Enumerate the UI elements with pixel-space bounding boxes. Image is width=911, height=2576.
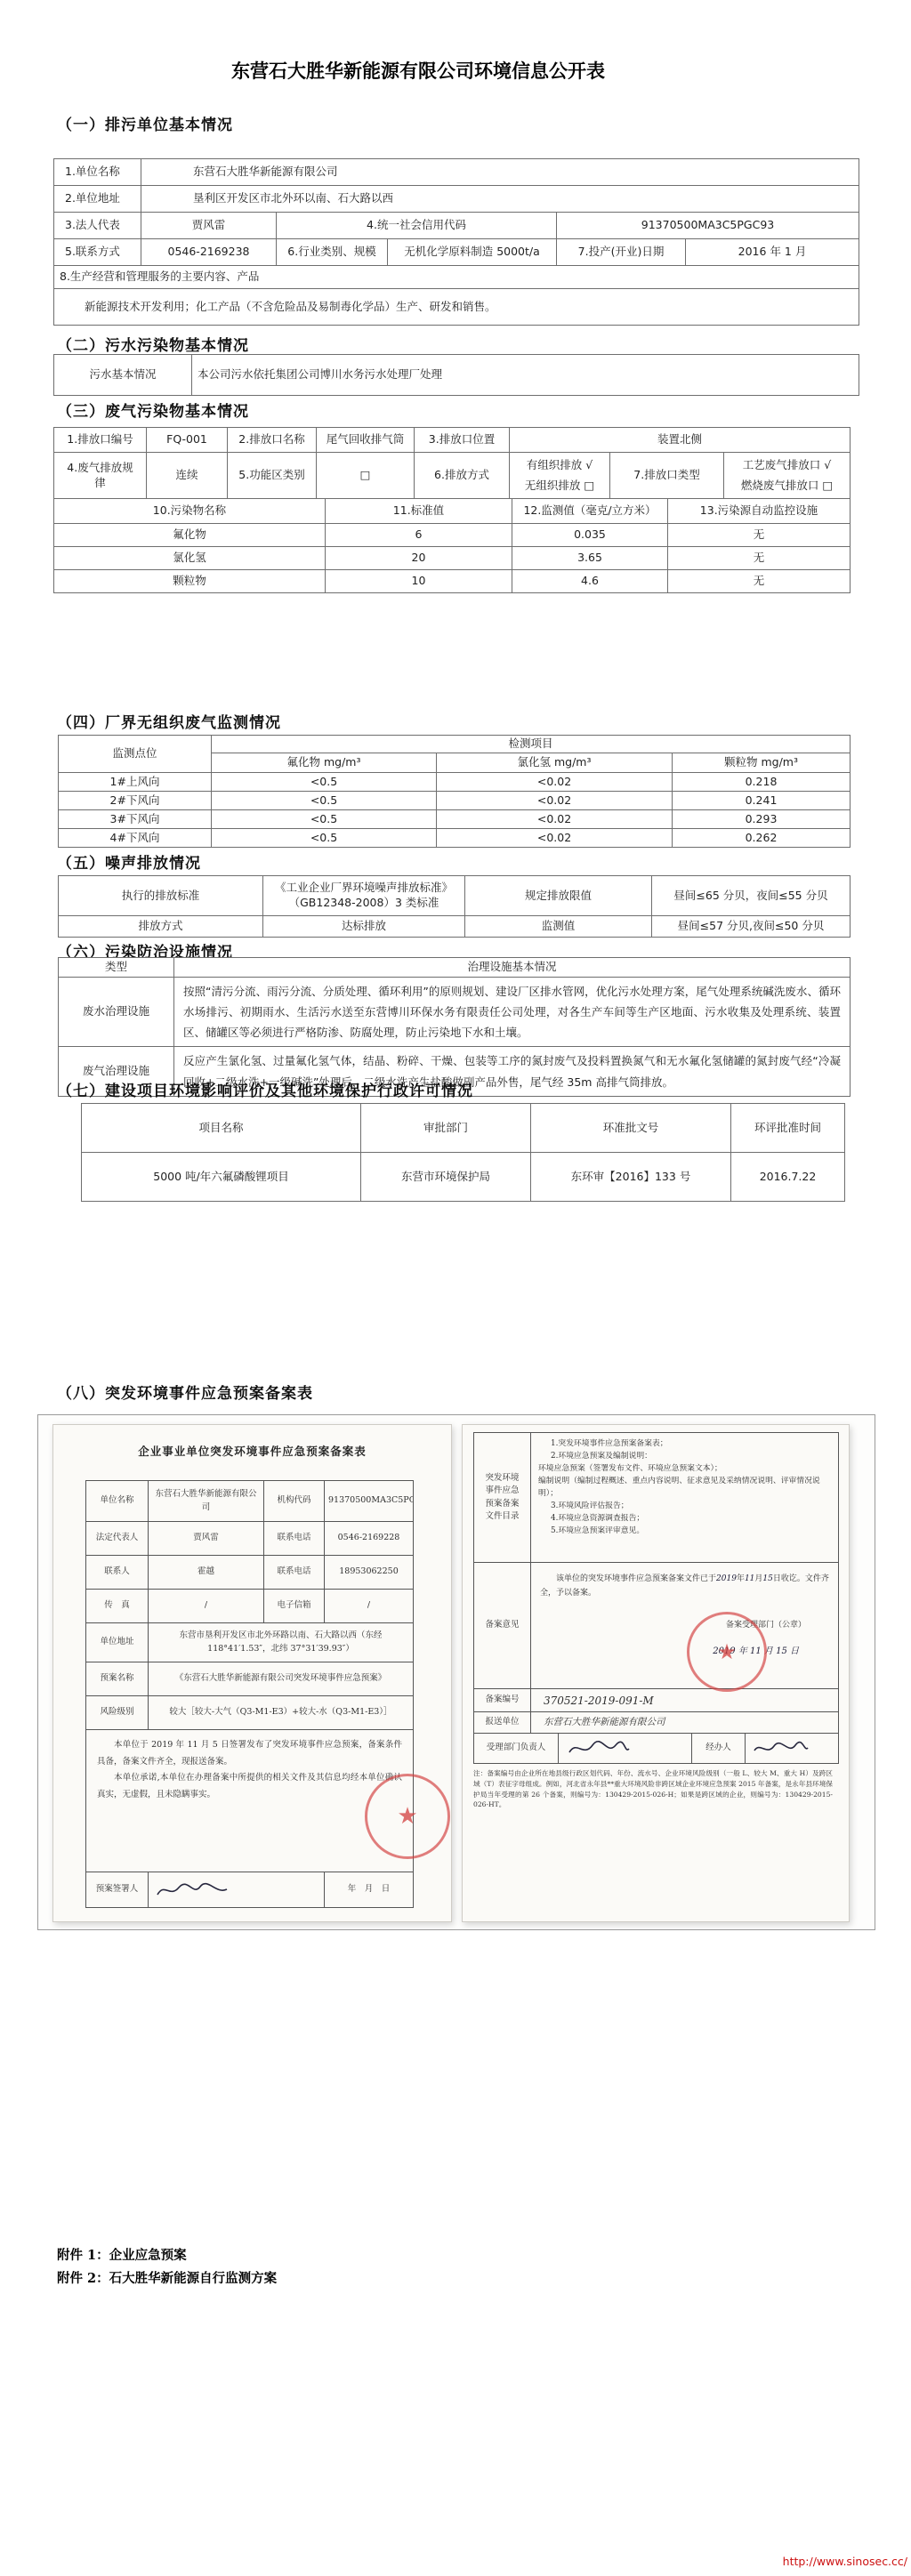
table-row: 5.联系方式 0546-2169238 6.行业类别、规模 无机化学原料制造 5… — [54, 239, 859, 266]
data-cell: <0.5 — [212, 829, 437, 848]
star-icon: ★ — [717, 1639, 737, 1664]
label-cell: 6.行业类别、规模 — [277, 239, 388, 266]
table-row: 1.单位名称 东营石大胜华新能源有限公司 — [54, 159, 859, 186]
submitting-unit: 东营石大胜华新能源有限公司 — [531, 1712, 839, 1734]
stamp-date: 2019 年 11 月 15 日 — [540, 1645, 829, 1658]
data-cell: 3#下风向 — [59, 810, 212, 829]
scan-page-right: 突发环境 事件应急 预案备案 文件目录 1.突发环境事件应急预案备案表； 2.环… — [462, 1424, 850, 1922]
value-cell: 无机化学原料制造 5000t/a — [388, 239, 557, 266]
statement-paragraph-2: 本单位承诺,本单位在办理备案中所提供的相关文件及其信息均经本单位确认真实，无虚假… — [97, 1770, 402, 1803]
dept-seal-line: 备案受理部门（公章） — [540, 1620, 829, 1632]
fenceline-monitor-table: 监测点位 检测项目 氟化物 mg/m³ 氯化氢 mg/m³ 颗粒物 mg/m³ … — [58, 735, 851, 848]
handwritten-day: 15 — [762, 1574, 772, 1583]
noise-table: 执行的排放标准 《工业企业厂界环境噪声排放标准》（GB12348-2008）3 … — [58, 875, 851, 938]
label-cell: 规定排放限值 — [465, 876, 652, 916]
data-cell: 0.241 — [673, 792, 851, 810]
header-cell: 颗粒物 mg/m³ — [673, 753, 851, 773]
value-cell: FQ-001 — [147, 428, 228, 453]
value-cell: 91370500MA3C5PGC93 — [325, 1481, 414, 1522]
statement-paragraph-1: 本单位于 2019 年 11 月 5 日签署发布了突发环境事件应急预案，备案条件… — [97, 1737, 402, 1770]
type-process: 工艺废气排放口 √ — [730, 455, 844, 476]
scan-page-left: 企业事业单位突发环境事件应急预案备案表 单位名称 东营石大胜华新能源有限公司 机… — [52, 1424, 452, 1922]
table-row: 1.排放口编号 FQ-001 2.排放口名称 尾气回收排气筒 3.排放口位置 装… — [54, 428, 851, 453]
table-row: 单位地址 东营市垦利开发区市北外环路以南、石大路以西（东经 118°41′1.5… — [86, 1623, 414, 1662]
table-row: 1#上风向 <0.5 <0.02 0.218 — [59, 773, 851, 792]
label-cell: 3.法人代表 — [54, 213, 141, 239]
table-row: 突发环境 事件应急 预案备案 文件目录 1.突发环境事件应急预案备案表； 2.环… — [474, 1433, 839, 1563]
value-cell: 贾风雷 — [149, 1522, 264, 1556]
value-cell: 垦利区开发区市北外环以南、石大路以西 — [141, 186, 859, 213]
statement-cell: 本单位于 2019 年 11 月 5 日签署发布了突发环境事件应急预案，备案条件… — [86, 1730, 414, 1872]
label-cell: 电子信箱 — [264, 1590, 325, 1623]
label-line: 预案备案 — [478, 1498, 527, 1510]
filing-signoff-table: 受理部门负责人 经办人 — [473, 1733, 839, 1764]
opinion-cell: 该单位的突发环境事件应急预案备案文件已于2019年11月15日收讫。文件齐全，予… — [531, 1563, 839, 1689]
label-line: 突发环境 — [478, 1472, 527, 1485]
attachment-1: 附件 1：企业应急预案 — [57, 2245, 187, 2264]
label-cell: 突发环境 事件应急 预案备案 文件目录 — [474, 1433, 531, 1563]
label-cell: 7.投产(开业)日期 — [557, 239, 686, 266]
label-cell: 备案意见 — [474, 1563, 531, 1689]
label-cell: 联系人 — [86, 1556, 149, 1590]
directory-cell: 1.突发环境事件应急预案备案表； 2.环境应急预案及编制说明： 环境应急预案（签… — [531, 1433, 839, 1563]
header-cell: 类型 — [59, 958, 174, 978]
data-cell: 0.035 — [512, 524, 668, 547]
data-cell: 氯化氢 — [54, 547, 326, 570]
directory-item: 3.环境风险评估报告； — [538, 1500, 831, 1512]
value-cell: □ — [317, 453, 415, 499]
data-cell: 0.262 — [673, 829, 851, 848]
table-row: 新能源技术开发利用；化工产品（不含危险品及易制毒化学品）生产、研发和销售。 — [54, 289, 859, 326]
table-row: 氯化氢 20 3.65 无 — [54, 547, 851, 570]
header-cell: 12.监测值（毫克/立方米） — [512, 499, 668, 524]
label-cell: 2.排放口名称 — [228, 428, 317, 453]
directory-item: 4.环境应急资源调查报告； — [538, 1512, 831, 1525]
header-cell: 项目名称 — [82, 1104, 361, 1153]
data-cell: 2#下风向 — [59, 792, 212, 810]
value-cell: 0546-2169228 — [325, 1522, 414, 1556]
handwritten-year: 2019 — [716, 1574, 737, 1583]
data-cell: 无 — [668, 547, 851, 570]
site-watermark: http://www.sinosec.cc/ — [783, 2555, 907, 2568]
data-cell: 0.293 — [673, 810, 851, 829]
table-row: 4.废气排放规律 连续 5.功能区类别 □ 6.排放方式 有组织排放 √ 无组织… — [54, 453, 851, 499]
signature-cell — [149, 1872, 325, 1908]
label-cell: 风险级别 — [86, 1696, 149, 1730]
section5-heading: （五）噪声排放情况 — [57, 850, 201, 873]
table-row: 法定代表人 贾风雷 联系电话 0546-2169228 — [86, 1522, 414, 1556]
section3-heading: （三）废气污染物基本情况 — [57, 398, 249, 421]
label-cell: 4.统一社会信用代码 — [277, 213, 557, 239]
label-cell: 执行的排放标准 — [59, 876, 263, 916]
table-row: 预案名称 《东营石大胜华新能源有限公司突发环境事件应急预案》 — [86, 1662, 414, 1696]
label-cell: 单位地址 — [86, 1623, 149, 1662]
document-page: 东营石大胜华新能源有限公司环境信息公开表 （一）排污单位基本情况 1.单位名称 … — [0, 0, 911, 2576]
signature-cell — [559, 1734, 692, 1764]
table-row: 备案意见 该单位的突发环境事件应急预案备案文件已于2019年11月15日收讫。文… — [474, 1563, 839, 1689]
table-row: 2#下风向 <0.5 <0.02 0.241 — [59, 792, 851, 810]
red-stamp: ★ — [365, 1774, 450, 1859]
data-cell: <0.02 — [437, 773, 673, 792]
value-cell: 东营石大胜华新能源有限公司 — [149, 1481, 264, 1522]
table-row: 备案编号 370521-2019-091-M — [474, 1689, 839, 1712]
directory-item: 环境应急预案（签署发布文件、环境应急预案文本）； — [538, 1462, 831, 1475]
table-row: 污水基本情况 本公司污水依托集团公司博川水务污水处理厂处理 — [54, 355, 859, 396]
label-cell: 法定代表人 — [86, 1522, 149, 1556]
label-cell: 经办人 — [692, 1734, 746, 1764]
table-row: 联系人 霍越 联系电话 18953062250 — [86, 1556, 414, 1590]
signature-scribble — [562, 1738, 633, 1759]
section8-heading: （八）突发环境事件应急预案备案表 — [57, 1381, 313, 1403]
header-cell: 治理设施基本情况 — [174, 958, 851, 978]
table-row: 监测点位 检测项目 — [59, 736, 851, 753]
value-cell: 昼间≤57 分贝,夜间≤50 分贝 — [652, 916, 851, 938]
data-cell: 0.218 — [673, 773, 851, 792]
label-cell: 监测值 — [465, 916, 652, 938]
table-row: 预案签署人 年 月 日 — [86, 1872, 414, 1908]
header-cell: 检测项目 — [212, 736, 851, 753]
exhaust-pollutant-table: 10.污染物名称 11.标准值 12.监测值（毫克/立方米） 13.污染源自动监… — [53, 498, 851, 593]
table-row: 项目名称 审批部门 环准批文号 环评批准时间 — [82, 1104, 845, 1153]
data-cell: 1#上风向 — [59, 773, 212, 792]
data-cell: 氟化物 — [54, 524, 326, 547]
label-cell: 预案签署人 — [86, 1872, 149, 1908]
header-cell: 13.污染源自动监控设施 — [668, 499, 851, 524]
table-row: 10.污染物名称 11.标准值 12.监测值（毫克/立方米） 13.污染源自动监… — [54, 499, 851, 524]
value-cell: 新能源技术开发利用；化工产品（不含危险品及易制毒化学品）生产、研发和销售。 — [54, 289, 859, 326]
data-cell: 10 — [326, 570, 512, 593]
label-cell: 预案名称 — [86, 1662, 149, 1696]
data-cell: <0.02 — [437, 792, 673, 810]
data-cell: 20 — [326, 547, 512, 570]
value-cell: 贾风雷 — [141, 213, 277, 239]
basic-info-table: 1.单位名称 东营石大胜华新能源有限公司 2.单位地址 垦利区开发区市北外环以南… — [53, 158, 859, 326]
label-cell: 传 真 — [86, 1590, 149, 1623]
label-cell: 机构代码 — [264, 1481, 325, 1522]
value-cell: 装置北侧 — [510, 428, 851, 453]
filing-number: 370521-2019-091-M — [531, 1689, 839, 1712]
type-combustion: 燃烧废气排放口 □ — [730, 476, 844, 496]
value-cell: / — [149, 1590, 264, 1623]
table-row: 报送单位 东营石大胜华新能源有限公司 — [474, 1712, 839, 1734]
table-row: 传 真 / 电子信箱 / — [86, 1590, 414, 1623]
label-cell: 1.单位名称 — [54, 159, 141, 186]
table-row: 排放方式 达标排放 监测值 昼间≤57 分贝,夜间≤50 分贝 — [59, 916, 851, 938]
value-cell: 工艺废气排放口 √ 燃烧废气排放口 □ — [724, 453, 851, 499]
data-cell: <0.5 — [212, 773, 437, 792]
date-cell: 年 月 日 — [325, 1872, 414, 1908]
data-cell: 4.6 — [512, 570, 668, 593]
directory-item: 编制说明（编制过程概述、重点内容说明、征求意见及采纳情况说明、评审情况说明）； — [538, 1475, 831, 1500]
label-line: 事件应急 — [478, 1485, 527, 1497]
value-cell: 2016 年 1 月 — [686, 239, 859, 266]
directory-item: 2.环境应急预案及编制说明： — [538, 1450, 831, 1462]
label-cell: 7.排放口类型 — [610, 453, 724, 499]
signature-scribble — [152, 1879, 232, 1902]
section4-heading: （四）厂界无组织废气监测情况 — [57, 710, 281, 732]
filing-form-table: 单位名称 东营石大胜华新能源有限公司 机构代码 91370500MA3C5PGC… — [85, 1480, 414, 1908]
scan-form-title: 企业事业单位突发环境事件应急预案备案表 — [53, 1443, 451, 1459]
table-row: 执行的排放标准 《工业企业厂界环境噪声排放标准》（GB12348-2008）3 … — [59, 876, 851, 916]
data-cell: <0.02 — [437, 810, 673, 829]
exhaust-outlet-table: 1.排放口编号 FQ-001 2.排放口名称 尾气回收排气筒 3.排放口位置 装… — [53, 427, 851, 499]
data-cell: <0.5 — [212, 810, 437, 829]
data-cell: 3.65 — [512, 547, 668, 570]
label-cell: 5.联系方式 — [54, 239, 141, 266]
value-cell: 按照“清污分流、雨污分流、分质处理、循环利用”的原则规划、建设厂区排水管网，优化… — [174, 978, 851, 1047]
label-cell: 废水治理设施 — [59, 978, 174, 1047]
section2-heading: （二）污水污染物基本情况 — [57, 333, 249, 355]
treatment-facility-table: 类型 治理设施基本情况 废水治理设施 按照“清污分流、雨污分流、分质处理、循环利… — [58, 957, 851, 1097]
label-cell: 受理部门负责人 — [474, 1734, 559, 1764]
data-cell: <0.5 — [212, 792, 437, 810]
label-line: 文件目录 — [478, 1510, 527, 1523]
header-cell: 氯化氢 mg/m³ — [437, 753, 673, 773]
table-row: 氟化物 6 0.035 无 — [54, 524, 851, 547]
header-cell: 10.污染物名称 — [54, 499, 326, 524]
mode-unorganized: 无组织排放 □ — [515, 476, 604, 496]
data-cell: 5000 吨/年六氟磷酸锂项目 — [82, 1153, 361, 1202]
header-cell: 环准批文号 — [531, 1104, 731, 1153]
header-cell: 环评批准时间 — [731, 1104, 845, 1153]
value-cell: 连续 — [147, 453, 228, 499]
label-cell: 排放方式 — [59, 916, 263, 938]
table-row: 5000 吨/年六氟磷酸锂项目 东营市环境保护局 东环审【2016】133 号 … — [82, 1153, 845, 1202]
table-row: 本单位于 2019 年 11 月 5 日签署发布了突发环境事件应急预案，备案条件… — [86, 1730, 414, 1872]
data-cell: 2016.7.22 — [731, 1153, 845, 1202]
star-icon: ★ — [397, 1803, 417, 1830]
header-cell: 审批部门 — [361, 1104, 531, 1153]
red-stamp: ★ — [687, 1612, 767, 1692]
directory-item: 5.环境应急预案评审意见。 — [538, 1525, 831, 1537]
value-cell: 0546-2169238 — [141, 239, 277, 266]
data-cell: 无 — [668, 570, 851, 593]
label-cell: 污水基本情况 — [54, 355, 192, 396]
table-row: 风险级别 较大［较大-大气（Q3-M1-E3）+较大-水（Q3-M1-E3）］ — [86, 1696, 414, 1730]
signature-cell — [746, 1734, 839, 1764]
label-cell: 5.功能区类别 — [228, 453, 317, 499]
filing-directory-table: 突发环境 事件应急 预案备案 文件目录 1.突发环境事件应急预案备案表； 2.环… — [473, 1432, 839, 1734]
table-row: 8.生产经营和管理服务的主要内容、产品 — [54, 266, 859, 289]
value-cell: 东营石大胜华新能源有限公司 — [141, 159, 859, 186]
wastewater-table: 污水基本情况 本公司污水依托集团公司博川水务污水处理厂处理 — [53, 354, 859, 396]
data-cell: <0.02 — [437, 829, 673, 848]
value-cell: 达标排放 — [263, 916, 465, 938]
value-cell: 18953062250 — [325, 1556, 414, 1590]
table-row: 2.单位地址 垦利区开发区市北外环以南、石大路以西 — [54, 186, 859, 213]
eia-permit-table: 项目名称 审批部门 环准批文号 环评批准时间 5000 吨/年六氟磷酸锂项目 东… — [81, 1103, 845, 1202]
label-cell: 3.排放口位置 — [415, 428, 510, 453]
header-cell: 监测点位 — [59, 736, 212, 773]
table-row: 类型 治理设施基本情况 — [59, 958, 851, 978]
data-cell: 东环审【2016】133 号 — [531, 1153, 731, 1202]
data-cell: 东营市环境保护局 — [361, 1153, 531, 1202]
filing-note: 注：备案编号由企业所在地县级行政区划代码、年份、流水号、企业环境风险级别（一般 … — [473, 1768, 833, 1810]
directory-item: 1.突发环境事件应急预案备案表； — [538, 1437, 831, 1450]
label-cell: 备案编号 — [474, 1689, 531, 1712]
table-row: 废水治理设施 按照“清污分流、雨污分流、分质处理、循环利用”的原则规划、建设厂区… — [59, 978, 851, 1047]
label-cell: 1.排放口编号 — [54, 428, 147, 453]
value-cell: 东营市垦利开发区市北外环路以南、石大路以西（东经 118°41′1.53″，北纬… — [149, 1623, 414, 1662]
table-row: 受理部门负责人 经办人 — [474, 1734, 839, 1764]
data-cell: 6 — [326, 524, 512, 547]
mode-organized: 有组织排放 √ — [515, 455, 604, 476]
table-row: 3.法人代表 贾风雷 4.统一社会信用代码 91370500MA3C5PGC93 — [54, 213, 859, 239]
table-row: 单位名称 东营石大胜华新能源有限公司 机构代码 91370500MA3C5PGC… — [86, 1481, 414, 1522]
table-row: 3#下风向 <0.5 <0.02 0.293 — [59, 810, 851, 829]
value-cell: 本公司污水依托集团公司博川水务污水处理厂处理 — [192, 355, 859, 396]
value-cell: 霍越 — [149, 1556, 264, 1590]
data-cell: 颗粒物 — [54, 570, 326, 593]
header-cell: 氟化物 mg/m³ — [212, 753, 437, 773]
value-cell: 有组织排放 √ 无组织排放 □ — [510, 453, 610, 499]
value-cell: 昼间≤65 分贝，夜间≤55 分贝 — [652, 876, 851, 916]
label-cell: 单位名称 — [86, 1481, 149, 1522]
page-title: 东营石大胜华新能源有限公司环境信息公开表 — [0, 57, 836, 84]
scanned-attachment-box: 企业事业单位突发环境事件应急预案备案表 单位名称 东营石大胜华新能源有限公司 机… — [37, 1414, 875, 1930]
label-cell: 联系电话 — [264, 1522, 325, 1556]
data-cell: 无 — [668, 524, 851, 547]
label-cell: 8.生产经营和管理服务的主要内容、产品 — [54, 266, 859, 289]
value-cell: 《工业企业厂界环境噪声排放标准》（GB12348-2008）3 类标准 — [263, 876, 465, 916]
data-cell: 4#下风向 — [59, 829, 212, 848]
section1-heading: （一）排污单位基本情况 — [57, 112, 233, 134]
attachment-2: 附件 2：石大胜华新能源自行监测方案 — [57, 2268, 277, 2287]
label-cell: 报送单位 — [474, 1712, 531, 1734]
value-cell: 91370500MA3C5PGC93 — [557, 213, 859, 239]
label-cell: 6.排放方式 — [415, 453, 510, 499]
table-row: 4#下风向 <0.5 <0.02 0.262 — [59, 829, 851, 848]
label-cell: 4.废气排放规律 — [54, 453, 147, 499]
value-cell: / — [325, 1590, 414, 1623]
section7-heading: （七）建设项目环境影响评价及其他环境保护行政许可情况 — [57, 1078, 473, 1100]
value-cell: 较大［较大-大气（Q3-M1-E3）+较大-水（Q3-M1-E3）］ — [149, 1696, 414, 1730]
header-cell: 11.标准值 — [326, 499, 512, 524]
label-cell: 2.单位地址 — [54, 186, 141, 213]
handwritten-month: 11 — [745, 1574, 754, 1583]
opinion-text: 该单位的突发环境事件应急预案备案文件已于2019年11月15日收讫。文件齐全，予… — [540, 1572, 829, 1600]
value-cell: 《东营石大胜华新能源有限公司突发环境事件应急预案》 — [149, 1662, 414, 1696]
label-cell: 联系电话 — [264, 1556, 325, 1590]
signature-scribble — [749, 1738, 811, 1759]
table-row: 颗粒物 10 4.6 无 — [54, 570, 851, 593]
value-cell: 尾气回收排气筒 — [317, 428, 415, 453]
